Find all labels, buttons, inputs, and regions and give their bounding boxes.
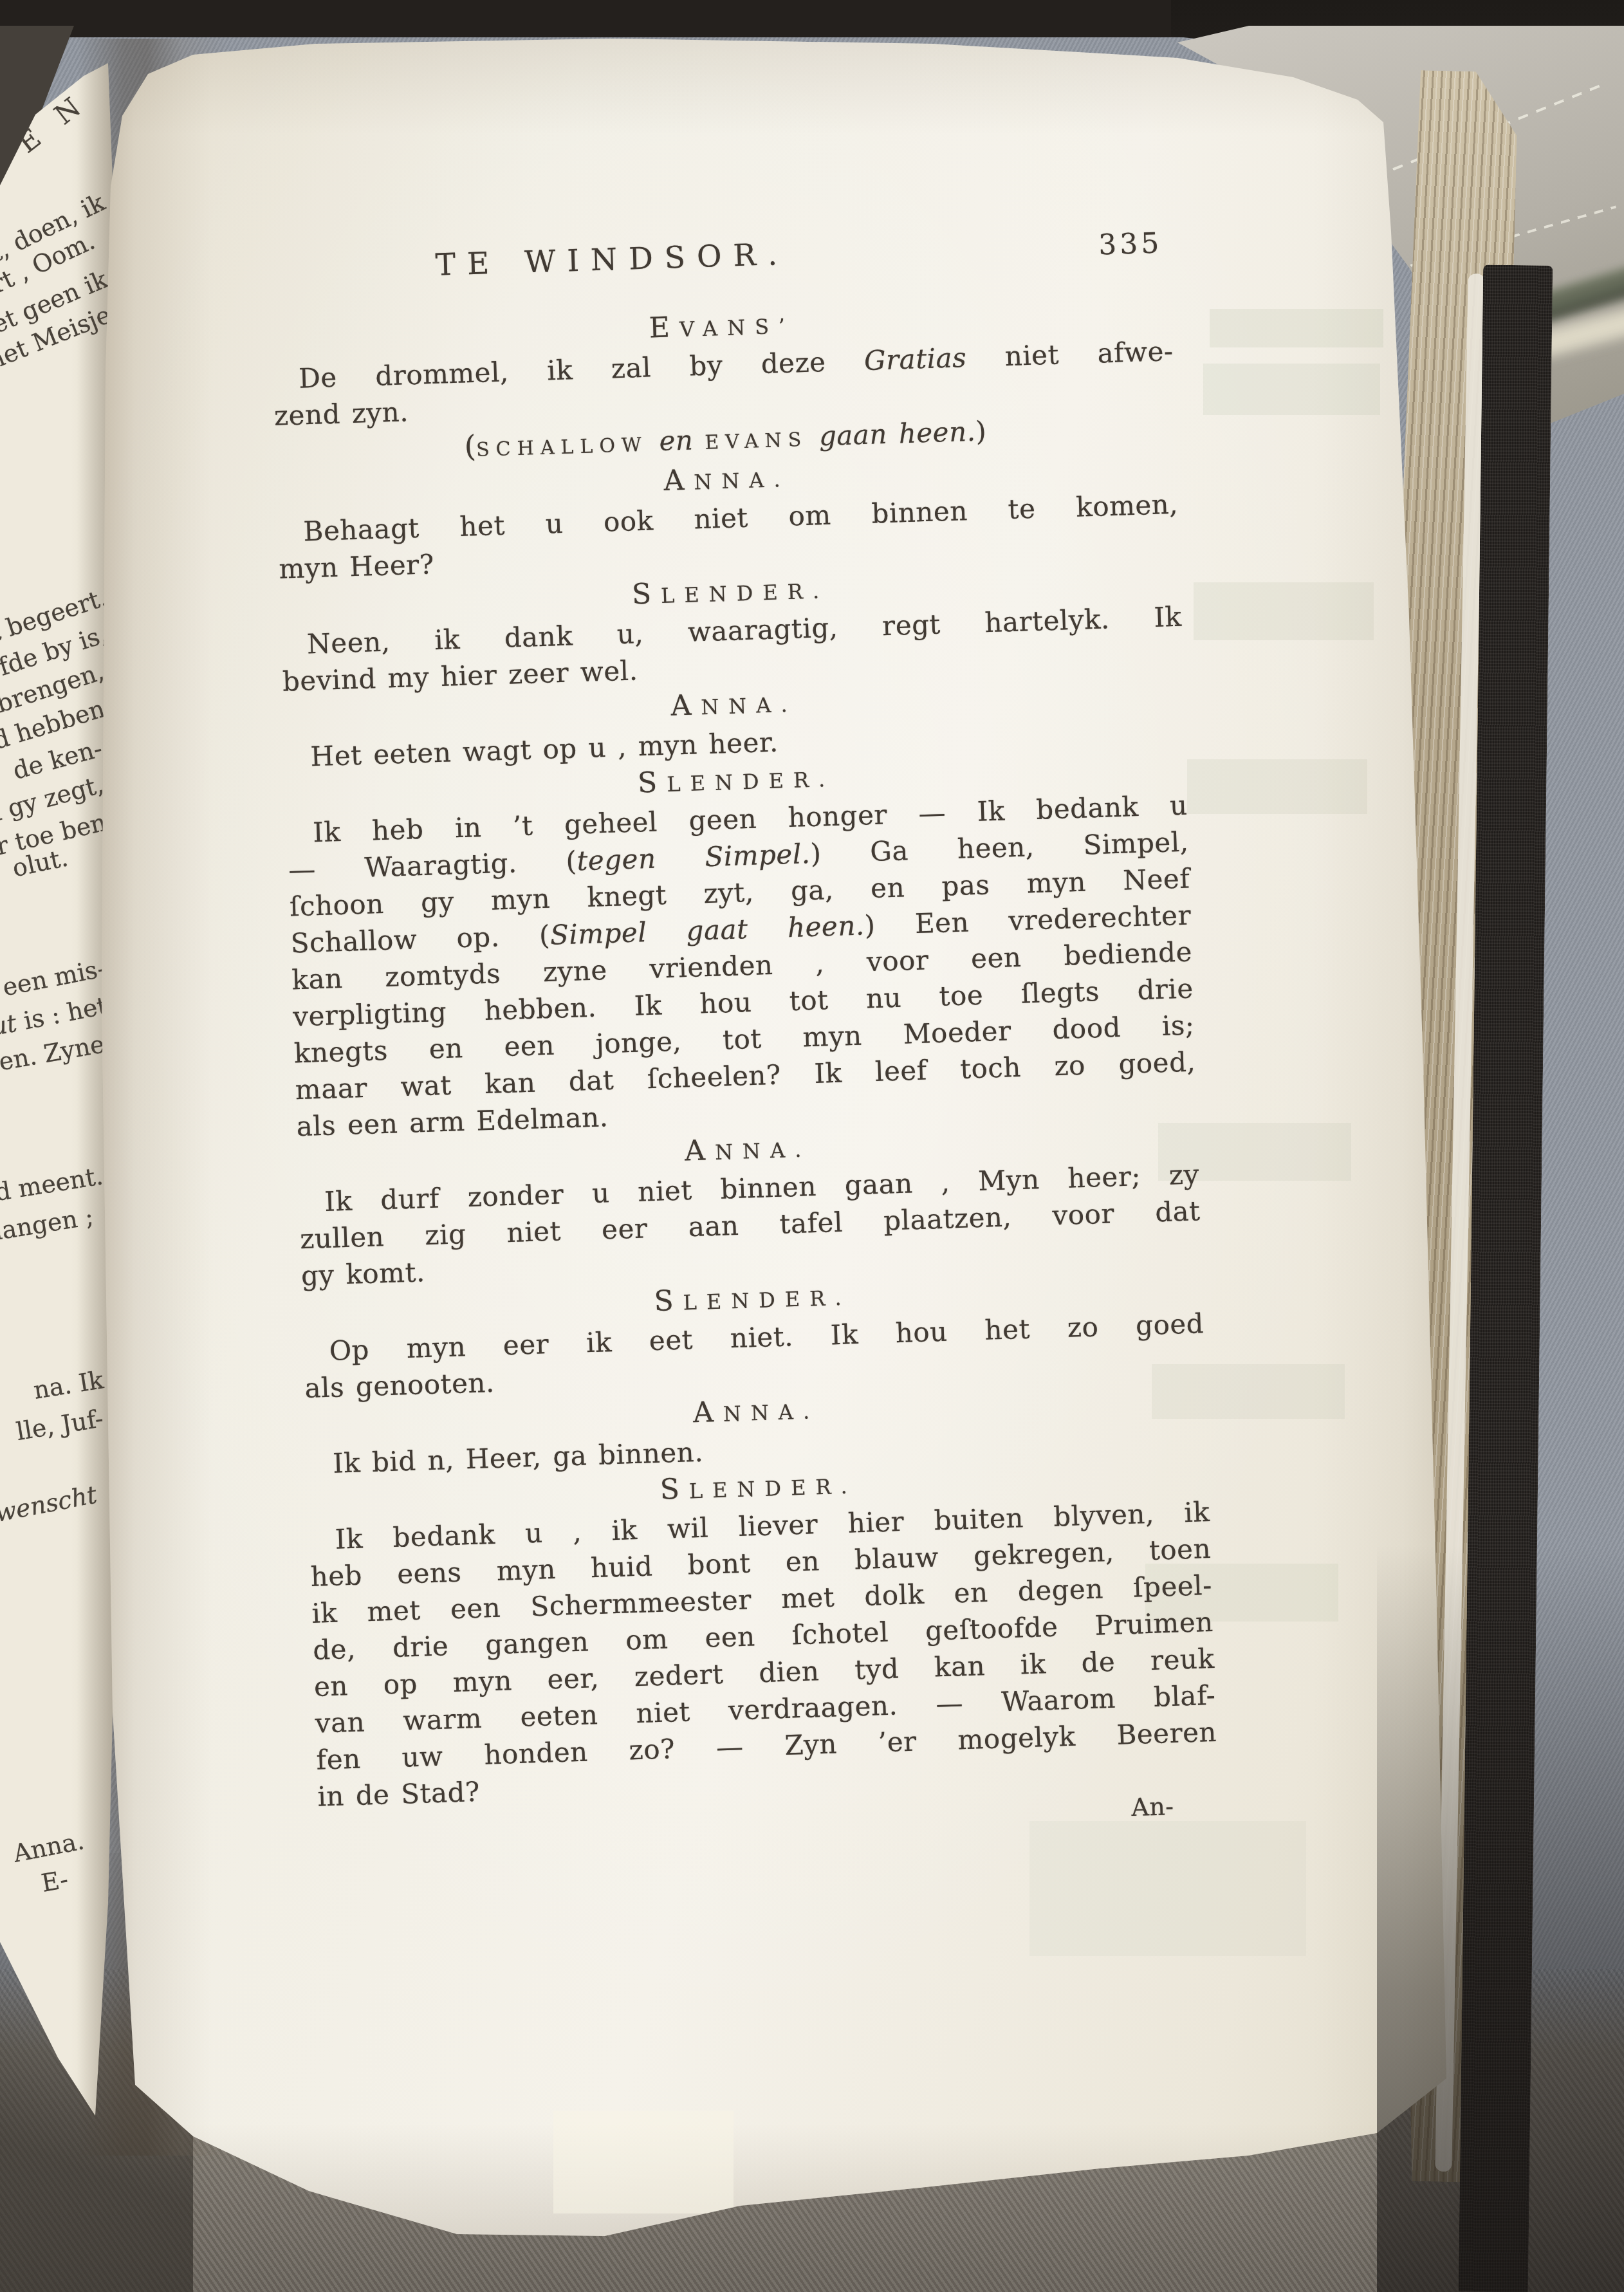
scan-artifact-patch (553, 2111, 734, 2213)
scan-artifact-patch (1194, 582, 1374, 640)
scan-artifact-patch (1029, 1821, 1306, 1956)
scan-artifact-patch (1203, 364, 1380, 415)
running-header: TE WINDSOR. 335 (269, 224, 1170, 290)
book-photo: W E Nt, doen, ikrt , Oom.Het geen iky he… (0, 0, 1624, 2292)
paragraph: Ik heb in ’t geheel geen honger — Ik bed… (286, 787, 1197, 1145)
left-page-text-fragment: Anna. (11, 1826, 86, 1867)
printed-text-block: TE WINDSOR. 335 Evans’De drommel, ik zal… (269, 224, 1219, 1852)
page-number: 335 (1098, 225, 1163, 263)
right-page: TE WINDSOR. 335 Evans’De drommel, ik zal… (97, 39, 1461, 2246)
scan-artifact-patch (1187, 759, 1367, 814)
dialogue-blocks: Evans’De drommel, ik zal by deze Gratias… (271, 293, 1218, 1815)
paragraph: Ik bedank u , ik wil liever hier buiten … (309, 1493, 1219, 1815)
left-page-text-fragment: E- (39, 1865, 70, 1898)
scan-artifact-patch (1210, 309, 1383, 347)
page-title: TE WINDSOR. (435, 236, 789, 284)
right-bottom-shadow (1377, 1544, 1624, 2292)
